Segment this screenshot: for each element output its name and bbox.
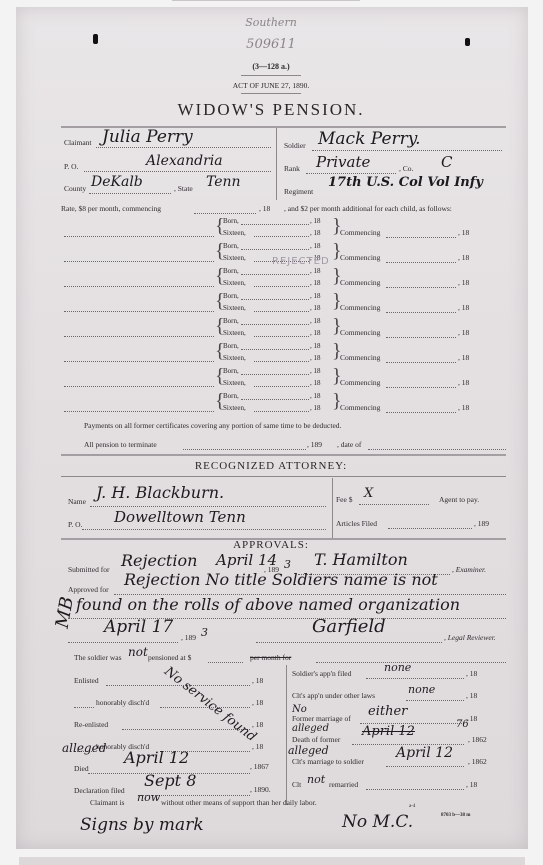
sixteen-label: Sixteen, [223, 229, 246, 237]
former-marriage-value: either [368, 704, 407, 719]
remarried-year: , 18 [466, 780, 477, 789]
commencing-line [386, 379, 456, 388]
terminate-line [183, 441, 306, 450]
per-month-label: per month for [250, 653, 291, 662]
clt-appn-year: , 18 [466, 691, 477, 700]
declaration-label: Declaration filed [74, 786, 125, 795]
commencing-line [386, 254, 456, 263]
born-label: Born, [223, 267, 239, 275]
column-divider [276, 128, 277, 200]
commencing-label: Commencing [340, 228, 380, 237]
column-divider [286, 665, 287, 805]
born-line [241, 393, 309, 400]
born-year: , 18 [310, 267, 321, 275]
child-name-line [64, 328, 214, 337]
co-label: , Co. [399, 164, 413, 173]
window-top-bar [172, 0, 360, 1]
attorney-po-label: P. O. [68, 520, 82, 529]
child-name-line [64, 303, 214, 312]
commencing-line [386, 279, 456, 288]
county-value: DeKalb [91, 174, 143, 190]
discharged-label: honorably disch'd [96, 698, 149, 707]
po-label: P. O. [64, 162, 78, 171]
child-row: {Born,, 18Sixteen,, 18}Commencing, 18 [16, 266, 528, 291]
sixteen-line [254, 355, 309, 362]
rank-label: Rank [284, 164, 300, 173]
sixteen-year: , 18 [310, 279, 321, 287]
child-row: {Born,, 18Sixteen,, 18}Commencing, 18 [16, 366, 528, 391]
born-line [241, 318, 309, 325]
terminate-year: , 189 [307, 440, 322, 449]
articles-filed-label: Articles Filed [336, 519, 377, 528]
commencing-line [386, 404, 456, 413]
child-row: {Born,, 18Sixteen,, 18}Commencing, 18 [16, 316, 528, 341]
commencing-year: , 18 [458, 403, 469, 412]
child-name-line [64, 278, 214, 287]
attorney-po-value: Dowelltown Tenn [114, 508, 246, 526]
death-former-prefix: alleged [292, 723, 329, 734]
born-year: , 18 [310, 367, 321, 375]
born-line [241, 268, 309, 275]
pension-document: Southern 509611 (3—128 a.) ACT OF JUNE 2… [16, 7, 528, 849]
died-prefix: alleged [62, 741, 106, 755]
born-year: , 18 [310, 392, 321, 400]
reenlisted-label: Re-enlisted [74, 720, 108, 729]
sixteen-line [254, 230, 309, 237]
reviewer-label: , Legal Reviewer. [444, 633, 496, 642]
attorney-heading: RECOGNIZED ATTORNEY: [96, 460, 446, 472]
child-name-line [64, 228, 214, 237]
remarried-value: not [307, 773, 325, 786]
submitted-label: Submitted for [68, 565, 109, 574]
rank-value: Private [316, 153, 370, 171]
born-line [241, 293, 309, 300]
child-name-line [64, 403, 214, 412]
commencing-line [386, 229, 456, 238]
date-of-line [368, 441, 506, 450]
approved-text-line1: Rejection No title Soldiers name is not [124, 570, 438, 589]
regiment-value: 17th U.S. Col Vol Infy [328, 175, 483, 190]
born-year: , 18 [310, 242, 321, 250]
sixteen-line [254, 280, 309, 287]
rate-additional: , and $2 per month additional for each c… [284, 204, 452, 213]
born-year: , 18 [310, 217, 321, 225]
small-mark: a-4 [409, 804, 415, 809]
sixteen-year: , 18 [310, 229, 321, 237]
clt-appn-value: none [408, 683, 435, 696]
claimant-support-suffix: without other means of support than her … [161, 798, 317, 807]
sixteen-label: Sixteen, [223, 379, 246, 387]
attorney-name-label: Name [68, 497, 86, 506]
articles-year: , 189 [474, 519, 489, 528]
reenlisted-year: , 18 [252, 720, 263, 729]
document-title: WIDOW'S PENSION. [96, 100, 446, 120]
marriage-prefix: alleged [288, 744, 329, 757]
born-line [241, 218, 309, 225]
enlisted-label: Enlisted [74, 676, 99, 685]
sixteen-label: Sixteen, [223, 354, 246, 362]
soldier-label: Soldier [284, 141, 306, 150]
born-year: , 18 [310, 317, 321, 325]
payments-note: Payments on all former certificates cove… [84, 421, 341, 430]
enlisted-year: , 18 [252, 676, 263, 685]
pensioned-line [208, 654, 243, 663]
born-label: Born, [223, 217, 239, 225]
sixteen-year: , 18 [310, 304, 321, 312]
district-note: Southern [196, 16, 346, 29]
sixteen-year: , 18 [310, 329, 321, 337]
soldiers-appn-line [366, 670, 464, 679]
sixteen-label: Sixteen, [223, 254, 246, 262]
pensioned-suffix: pensioned at $ [148, 653, 191, 662]
commencing-label: Commencing [340, 328, 380, 337]
fee-value: X [364, 486, 373, 501]
born-line [241, 243, 309, 250]
child-row: {Born,, 18Sixteen,, 18}Commencing, 18 [16, 216, 528, 241]
died-label: Died [74, 764, 89, 773]
claimant-label: Claimant [64, 138, 92, 147]
commencing-label: Commencing [340, 378, 380, 387]
claimant-support-value: now [137, 791, 160, 804]
commencing-year: , 18 [458, 228, 469, 237]
died-value: April 12 [124, 748, 189, 767]
born-year: , 18 [310, 292, 321, 300]
child-name-line [64, 253, 214, 262]
submitted-value: Rejection [121, 551, 197, 570]
sixteen-year: , 18 [310, 354, 321, 362]
commencing-label: Commencing [340, 303, 380, 312]
claimant-value: Julia Perry [102, 127, 193, 147]
divider [241, 93, 301, 94]
commencing-line [386, 304, 456, 313]
section-rule [61, 476, 506, 477]
death-former-year: , 1862 [468, 735, 487, 744]
remarried-label: remarried [329, 780, 358, 789]
former-marriage-label: Former marriage of [292, 714, 351, 723]
approved-date: April 17 [104, 617, 173, 637]
reviewer-name: Garfield [312, 616, 386, 637]
disch-line-pre [74, 699, 94, 708]
rate-label: Rate, $8 per month, commencing [61, 204, 161, 213]
declaration-value: Sept 8 [144, 771, 196, 790]
sixteen-year: , 18 [310, 379, 321, 387]
born-label: Born, [223, 317, 239, 325]
commencing-year: , 18 [458, 253, 469, 262]
remarried-prefix: Clt [292, 780, 301, 789]
born-label: Born, [223, 392, 239, 400]
death-former-label: Death of former [292, 735, 340, 744]
regiment-label: Regiment [284, 187, 313, 196]
born-label: Born, [223, 242, 239, 250]
soldiers-appn-year: , 18 [466, 669, 477, 678]
file-number: 509611 [196, 37, 346, 52]
sixteen-year: , 18 [310, 404, 321, 412]
declaration-year: , 1890. [250, 785, 271, 794]
sixteen-label: Sixteen, [223, 304, 246, 312]
state-value: Tenn [206, 174, 241, 190]
sixteen-label: Sixteen, [223, 329, 246, 337]
approved-label: Approved for [68, 585, 109, 594]
approved-text-line2: found on the rolls of above named organi… [76, 595, 460, 614]
punch-hole-left [93, 34, 98, 44]
child-name-line [64, 353, 214, 362]
punch-hole-right [465, 38, 470, 46]
marriage-value: April 12 [396, 745, 453, 761]
sixteen-label: Sixteen, [223, 404, 246, 412]
county-label: County [64, 184, 86, 193]
claimant-support-prefix: Claimant is [90, 798, 124, 807]
margin-initials: MB [52, 595, 78, 630]
soldiers-appn-label: Soldier's app'n filed [292, 669, 351, 678]
marriage-year: , 1862 [468, 757, 487, 766]
soldiers-appn-value: none [384, 661, 411, 674]
commencing-label: Commencing [340, 353, 380, 362]
commencing-line [386, 354, 456, 363]
child-name-line [64, 378, 214, 387]
rejected-stamp: REJECTED [272, 256, 330, 267]
born-line [241, 368, 309, 375]
commencing-line [386, 329, 456, 338]
rate-line [194, 205, 256, 214]
po-value: Alexandria [146, 153, 223, 169]
death-former-value: April 12 [362, 724, 415, 739]
commencing-year: , 18 [458, 328, 469, 337]
commencing-year: , 18 [458, 353, 469, 362]
marriage-label: Clt's marriage to soldier [292, 757, 364, 766]
death-former-note: 76 [456, 719, 469, 730]
died-year: , 1867 [250, 762, 269, 771]
commencing-label: Commencing [340, 278, 380, 287]
rate-year: , 18 [259, 204, 270, 213]
born-label: Born, [223, 367, 239, 375]
divider [241, 75, 301, 76]
terminate-label: All pension to terminate [84, 440, 157, 449]
next-page-edge [19, 857, 525, 865]
born-line [241, 343, 309, 350]
born-label: Born, [223, 292, 239, 300]
approved-year-digit: 3 [201, 626, 208, 639]
act-title: ACT OF JUNE 27, 1890. [166, 81, 376, 90]
commencing-label: Commencing [340, 253, 380, 262]
commencing-year: , 18 [458, 378, 469, 387]
child-row: {Born,, 18Sixteen,, 18}Commencing, 18 [16, 341, 528, 366]
sixteen-label: Sixteen, [223, 279, 246, 287]
sixteen-line [254, 305, 309, 312]
commencing-year: , 18 [458, 303, 469, 312]
form-number: (3—128 a.) [196, 62, 346, 71]
clt-appn-label: Clt's app'n under other laws [292, 691, 375, 700]
born-label: Born, [223, 342, 239, 350]
date-of-label: , date of [337, 440, 361, 449]
discharged2-year: , 18 [252, 742, 263, 751]
co-value: C [441, 153, 452, 171]
agent-to-pay: Agent to pay. [439, 495, 479, 504]
examiner-name: T. Hamilton [314, 550, 408, 569]
pensioned-prefix: The soldier was [74, 653, 122, 662]
sixteen-line [254, 380, 309, 387]
reviewer-initials: No M.C. [342, 812, 413, 832]
pensioned-value: not [128, 645, 148, 659]
remarried-line [366, 781, 464, 790]
sixteen-line [254, 405, 309, 412]
child-row: {Born,, 18Sixteen,, 18}Commencing, 18 [16, 391, 528, 416]
fee-label: Fee $ [336, 495, 352, 504]
column-divider [332, 478, 333, 538]
approved-year-prefix: , 189 [181, 633, 196, 642]
commencing-year: , 18 [458, 278, 469, 287]
print-code: 8703 b—38 m [441, 813, 470, 818]
commencing-label: Commencing [340, 403, 380, 412]
section-rule [61, 454, 506, 456]
discharged-year: , 18 [252, 698, 263, 707]
signs-by-mark-note: Signs by mark [80, 815, 204, 835]
examiner-label: , Examiner. [452, 565, 486, 574]
sixteen-line [254, 330, 309, 337]
soldier-value: Mack Perry. [318, 129, 421, 149]
state-label: , State [174, 184, 193, 193]
born-year: , 18 [310, 342, 321, 350]
child-row: {Born,, 18Sixteen,, 18}Commencing, 18 [16, 291, 528, 316]
attorney-name-value: J. H. Blackburn. [96, 483, 224, 502]
articles-line [388, 520, 472, 529]
